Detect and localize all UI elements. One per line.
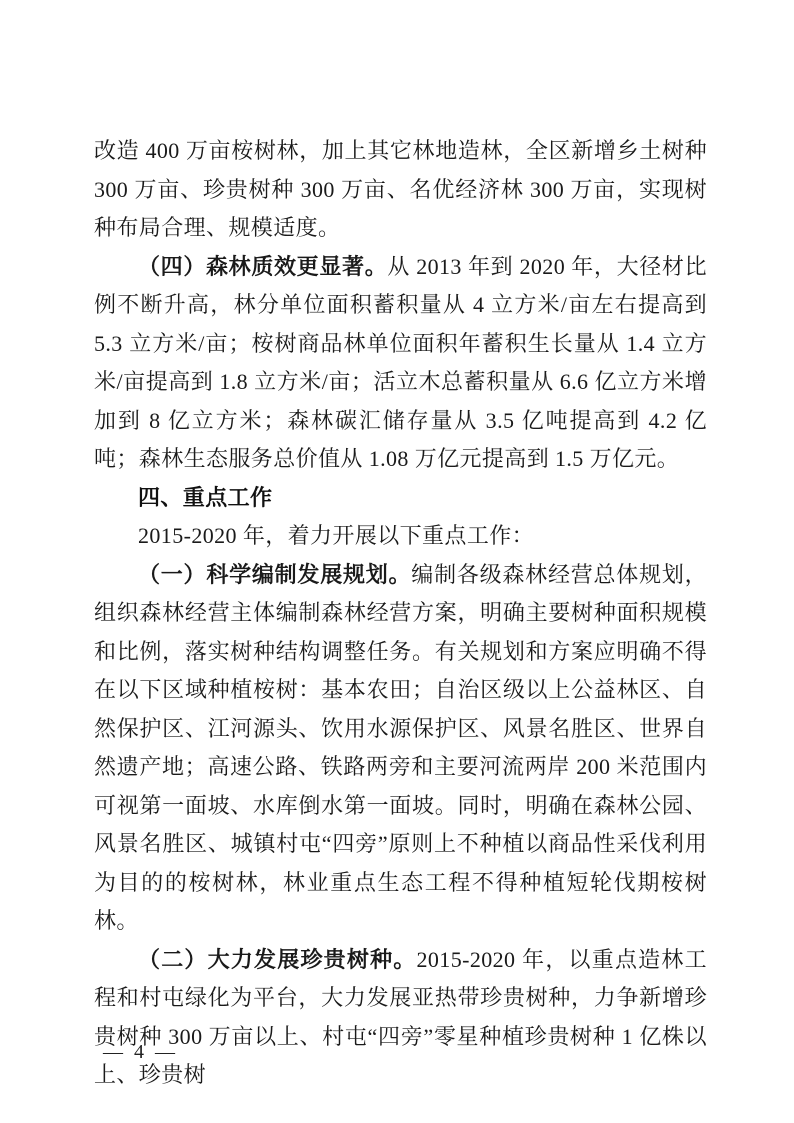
task-one-lead: （一）科学编制发展规划。 [138,562,411,587]
page-number: — 4 — [103,1040,178,1064]
paragraph-continuation: 改造 400 万亩桉树林，加上其它林地造林，全区新增乡土树种 300 万亩、珍贵… [94,132,707,248]
section-four-lead: （四）森林质效更显著。 [138,254,387,279]
paragraph-section-four: （四）森林质效更显著。从 2013 年到 2020 年，大径材比例不断升高，林分… [94,248,707,479]
paragraph-key-tasks-intro: 2015-2020 年，着力开展以下重点工作： [94,517,707,556]
document-page: 改造 400 万亩桉树林，加上其它林地造林，全区新增乡土树种 300 万亩、珍贵… [0,0,794,1123]
paragraph-task-one: （一）科学编制发展规划。编制各级森林经营总体规划，组织森林经营主体编制森林经营方… [94,556,707,941]
section-four-text: 从 2013 年到 2020 年，大径材比例不断升高，林分单位面积蓄积量从 4 … [94,254,707,472]
task-two-lead: （二）大力发展珍贵树种。 [138,947,417,972]
paragraph-task-two: （二）大力发展珍贵树种。2015-2020 年，以重点造林工程和村屯绿化为平台，… [94,941,707,1095]
heading-key-tasks: 四、重点工作 [94,479,707,518]
task-one-text: 编制各级森林经营总体规划，组织森林经营主体编制森林经营方案，明确主要树种面积规模… [94,562,707,934]
document-body: 改造 400 万亩桉树林，加上其它林地造林，全区新增乡土树种 300 万亩、珍贵… [94,132,707,1095]
